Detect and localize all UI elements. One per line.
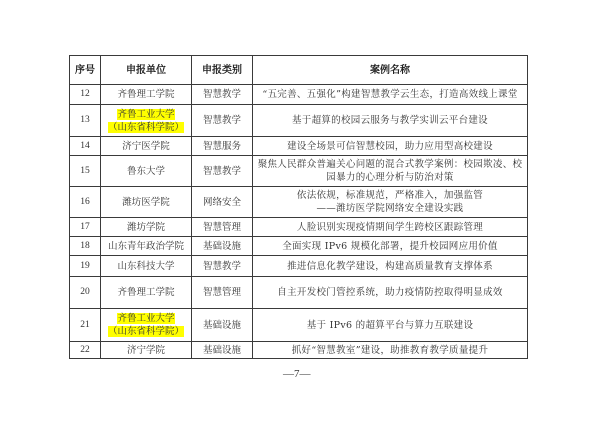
category-cell: 智慧教学	[192, 105, 253, 137]
case-name: 抓好“智慧教室”建设，助推教育教学质量提升	[292, 345, 489, 356]
case-name: 自主开发校门管控系统，助力疫情防控取得明显成效	[277, 287, 502, 298]
unit-name: 齐鲁工业大学	[117, 313, 174, 324]
unit-cell: 济宁学院	[101, 342, 192, 359]
unit-name: 济宁医学院	[122, 141, 170, 152]
unit-cell: 齐鲁工业大学（山东省科学院）	[101, 309, 192, 342]
case-name-continued: 园暴力的心理分析与防治对策	[326, 172, 453, 183]
document-page: 序号 申报单位 申报类别 案例名称 12齐鲁理工学院智慧教学“五完善、五强化”构…	[0, 0, 599, 424]
unit-name: 齐鲁工业大学	[117, 109, 174, 120]
table-row: 22济宁学院基础设施抓好“智慧教室”建设，助推教育教学质量提升	[70, 342, 528, 359]
unit-name: 潍坊学院	[127, 222, 165, 233]
case-name: 推进信息化教学建设，构建高质量教育支撑体系	[287, 261, 493, 272]
table-row: 17潍坊学院智慧管理人脸识别实现疫情期间学生跨校区跟踪管理	[70, 218, 528, 237]
category-cell: 基础设施	[192, 342, 253, 359]
unit-name: 山东青年政治学院	[108, 241, 184, 252]
row-number: 15	[70, 156, 101, 187]
case-name-cell: 建设全场景可信智慧校园，助力应用型高校建设	[253, 137, 528, 156]
case-name: 全面实现 IPv6 规模化部署，提升校园网应用价值	[282, 241, 498, 252]
case-name-cell: 基于超算的校园云服务与教学实训云平台建设	[253, 105, 528, 137]
unit-name: 齐鲁理工学院	[117, 89, 174, 100]
row-number: 19	[70, 256, 101, 277]
unit-cell: 潍坊医学院	[101, 187, 192, 218]
case-table: 序号 申报单位 申报类别 案例名称 12齐鲁理工学院智慧教学“五完善、五强化”构…	[69, 55, 528, 359]
category-cell: 基础设施	[192, 309, 253, 342]
case-name-cell: 聚焦人民群众普遍关心问题的混合式教学案例：校园欺凌、校园暴力的心理分析与防治对策	[253, 156, 528, 187]
page-number: —7—	[283, 368, 311, 380]
row-number: 12	[70, 85, 101, 105]
unit-cell: 齐鲁理工学院	[101, 277, 192, 309]
unit-name: 鲁东大学	[127, 166, 165, 177]
table-row: 15鲁东大学智慧教学聚焦人民群众普遍关心问题的混合式教学案例：校园欺凌、校园暴力…	[70, 156, 528, 187]
category-cell: 智慧教学	[192, 256, 253, 277]
case-name-cell: “五完善、五强化”构建智慧教学云生态，打造高效线上课堂	[253, 85, 528, 105]
category-cell: 基础设施	[192, 237, 253, 256]
case-name-cell: 推进信息化教学建设，构建高质量教育支撑体系	[253, 256, 528, 277]
category-cell: 智慧服务	[192, 137, 253, 156]
table-row: 19山东科技大学智慧教学推进信息化教学建设，构建高质量教育支撑体系	[70, 256, 528, 277]
header-unit: 申报单位	[101, 56, 192, 85]
unit-name-secondary: （山东省科学院）	[108, 122, 184, 133]
table-row: 18山东青年政治学院基础设施全面实现 IPv6 规模化部署，提升校园网应用价值	[70, 237, 528, 256]
unit-cell: 山东青年政治学院	[101, 237, 192, 256]
unit-cell: 齐鲁工业大学（山东省科学院）	[101, 105, 192, 137]
row-number: 16	[70, 187, 101, 218]
table-row: 20齐鲁理工学院智慧管理自主开发校门管控系统，助力疫情防控取得明显成效	[70, 277, 528, 309]
case-name-cell: 自主开发校门管控系统，助力疫情防控取得明显成效	[253, 277, 528, 309]
category-cell: 智慧管理	[192, 218, 253, 237]
case-name-cell: 人脸识别实现疫情期间学生跨校区跟踪管理	[253, 218, 528, 237]
unit-name: 潍坊医学院	[122, 197, 170, 208]
case-name-cell: 抓好“智慧教室”建设，助推教育教学质量提升	[253, 342, 528, 359]
case-name-continued: ——潍坊医学院网络安全建设实践	[316, 203, 463, 214]
unit-name: 济宁学院	[127, 345, 165, 356]
row-number: 17	[70, 218, 101, 237]
unit-cell: 鲁东大学	[101, 156, 192, 187]
unit-cell: 齐鲁理工学院	[101, 85, 192, 105]
case-name: 基于超算的校园云服务与教学实训云平台建设	[292, 115, 488, 126]
table-row: 12齐鲁理工学院智慧教学“五完善、五强化”构建智慧教学云生态，打造高效线上课堂	[70, 85, 528, 105]
row-number: 22	[70, 342, 101, 359]
category-cell: 智慧管理	[192, 277, 253, 309]
header-no: 序号	[70, 56, 101, 85]
case-name: 人脸识别实现疫情期间学生跨校区跟踪管理	[297, 222, 483, 233]
row-number: 20	[70, 277, 101, 309]
case-name: 依法依规，标准规范，严格准入，加强监管	[297, 190, 483, 201]
row-number: 14	[70, 137, 101, 156]
category-cell: 网络安全	[192, 187, 253, 218]
header-category: 申报类别	[192, 56, 253, 85]
table-header-row: 序号 申报单位 申报类别 案例名称	[70, 56, 528, 85]
table-row: 14济宁医学院智慧服务建设全场景可信智慧校园，助力应用型高校建设	[70, 137, 528, 156]
category-cell: 智慧教学	[192, 85, 253, 105]
unit-cell: 潍坊学院	[101, 218, 192, 237]
case-name: 基于 IPv6 的超算平台与算力互联建设	[307, 320, 474, 331]
category-cell: 智慧教学	[192, 156, 253, 187]
table-row: 13齐鲁工业大学（山东省科学院）智慧教学基于超算的校园云服务与教学实训云平台建设	[70, 105, 528, 137]
case-name-cell: 基于 IPv6 的超算平台与算力互联建设	[253, 309, 528, 342]
case-name-cell: 依法依规，标准规范，严格准入，加强监管——潍坊医学院网络安全建设实践	[253, 187, 528, 218]
table-row: 16潍坊医学院网络安全依法依规，标准规范，严格准入，加强监管——潍坊医学院网络安…	[70, 187, 528, 218]
row-number: 18	[70, 237, 101, 256]
case-name-cell: 全面实现 IPv6 规模化部署，提升校园网应用价值	[253, 237, 528, 256]
header-case-name: 案例名称	[253, 56, 528, 85]
unit-name: 山东科技大学	[117, 261, 174, 272]
row-number: 13	[70, 105, 101, 137]
unit-cell: 山东科技大学	[101, 256, 192, 277]
unit-name: 齐鲁理工学院	[117, 287, 174, 298]
case-name: 建设全场景可信智慧校园，助力应用型高校建设	[287, 141, 493, 152]
table-row: 21齐鲁工业大学（山东省科学院）基础设施基于 IPv6 的超算平台与算力互联建设	[70, 309, 528, 342]
case-name: 聚焦人民群众普遍关心问题的混合式教学案例：校园欺凌、校	[258, 159, 523, 170]
case-name: “五完善、五强化”构建智慧教学云生态，打造高效线上课堂	[262, 89, 517, 100]
unit-name-secondary: （山东省科学院）	[108, 326, 184, 337]
unit-cell: 济宁医学院	[101, 137, 192, 156]
row-number: 21	[70, 309, 101, 342]
